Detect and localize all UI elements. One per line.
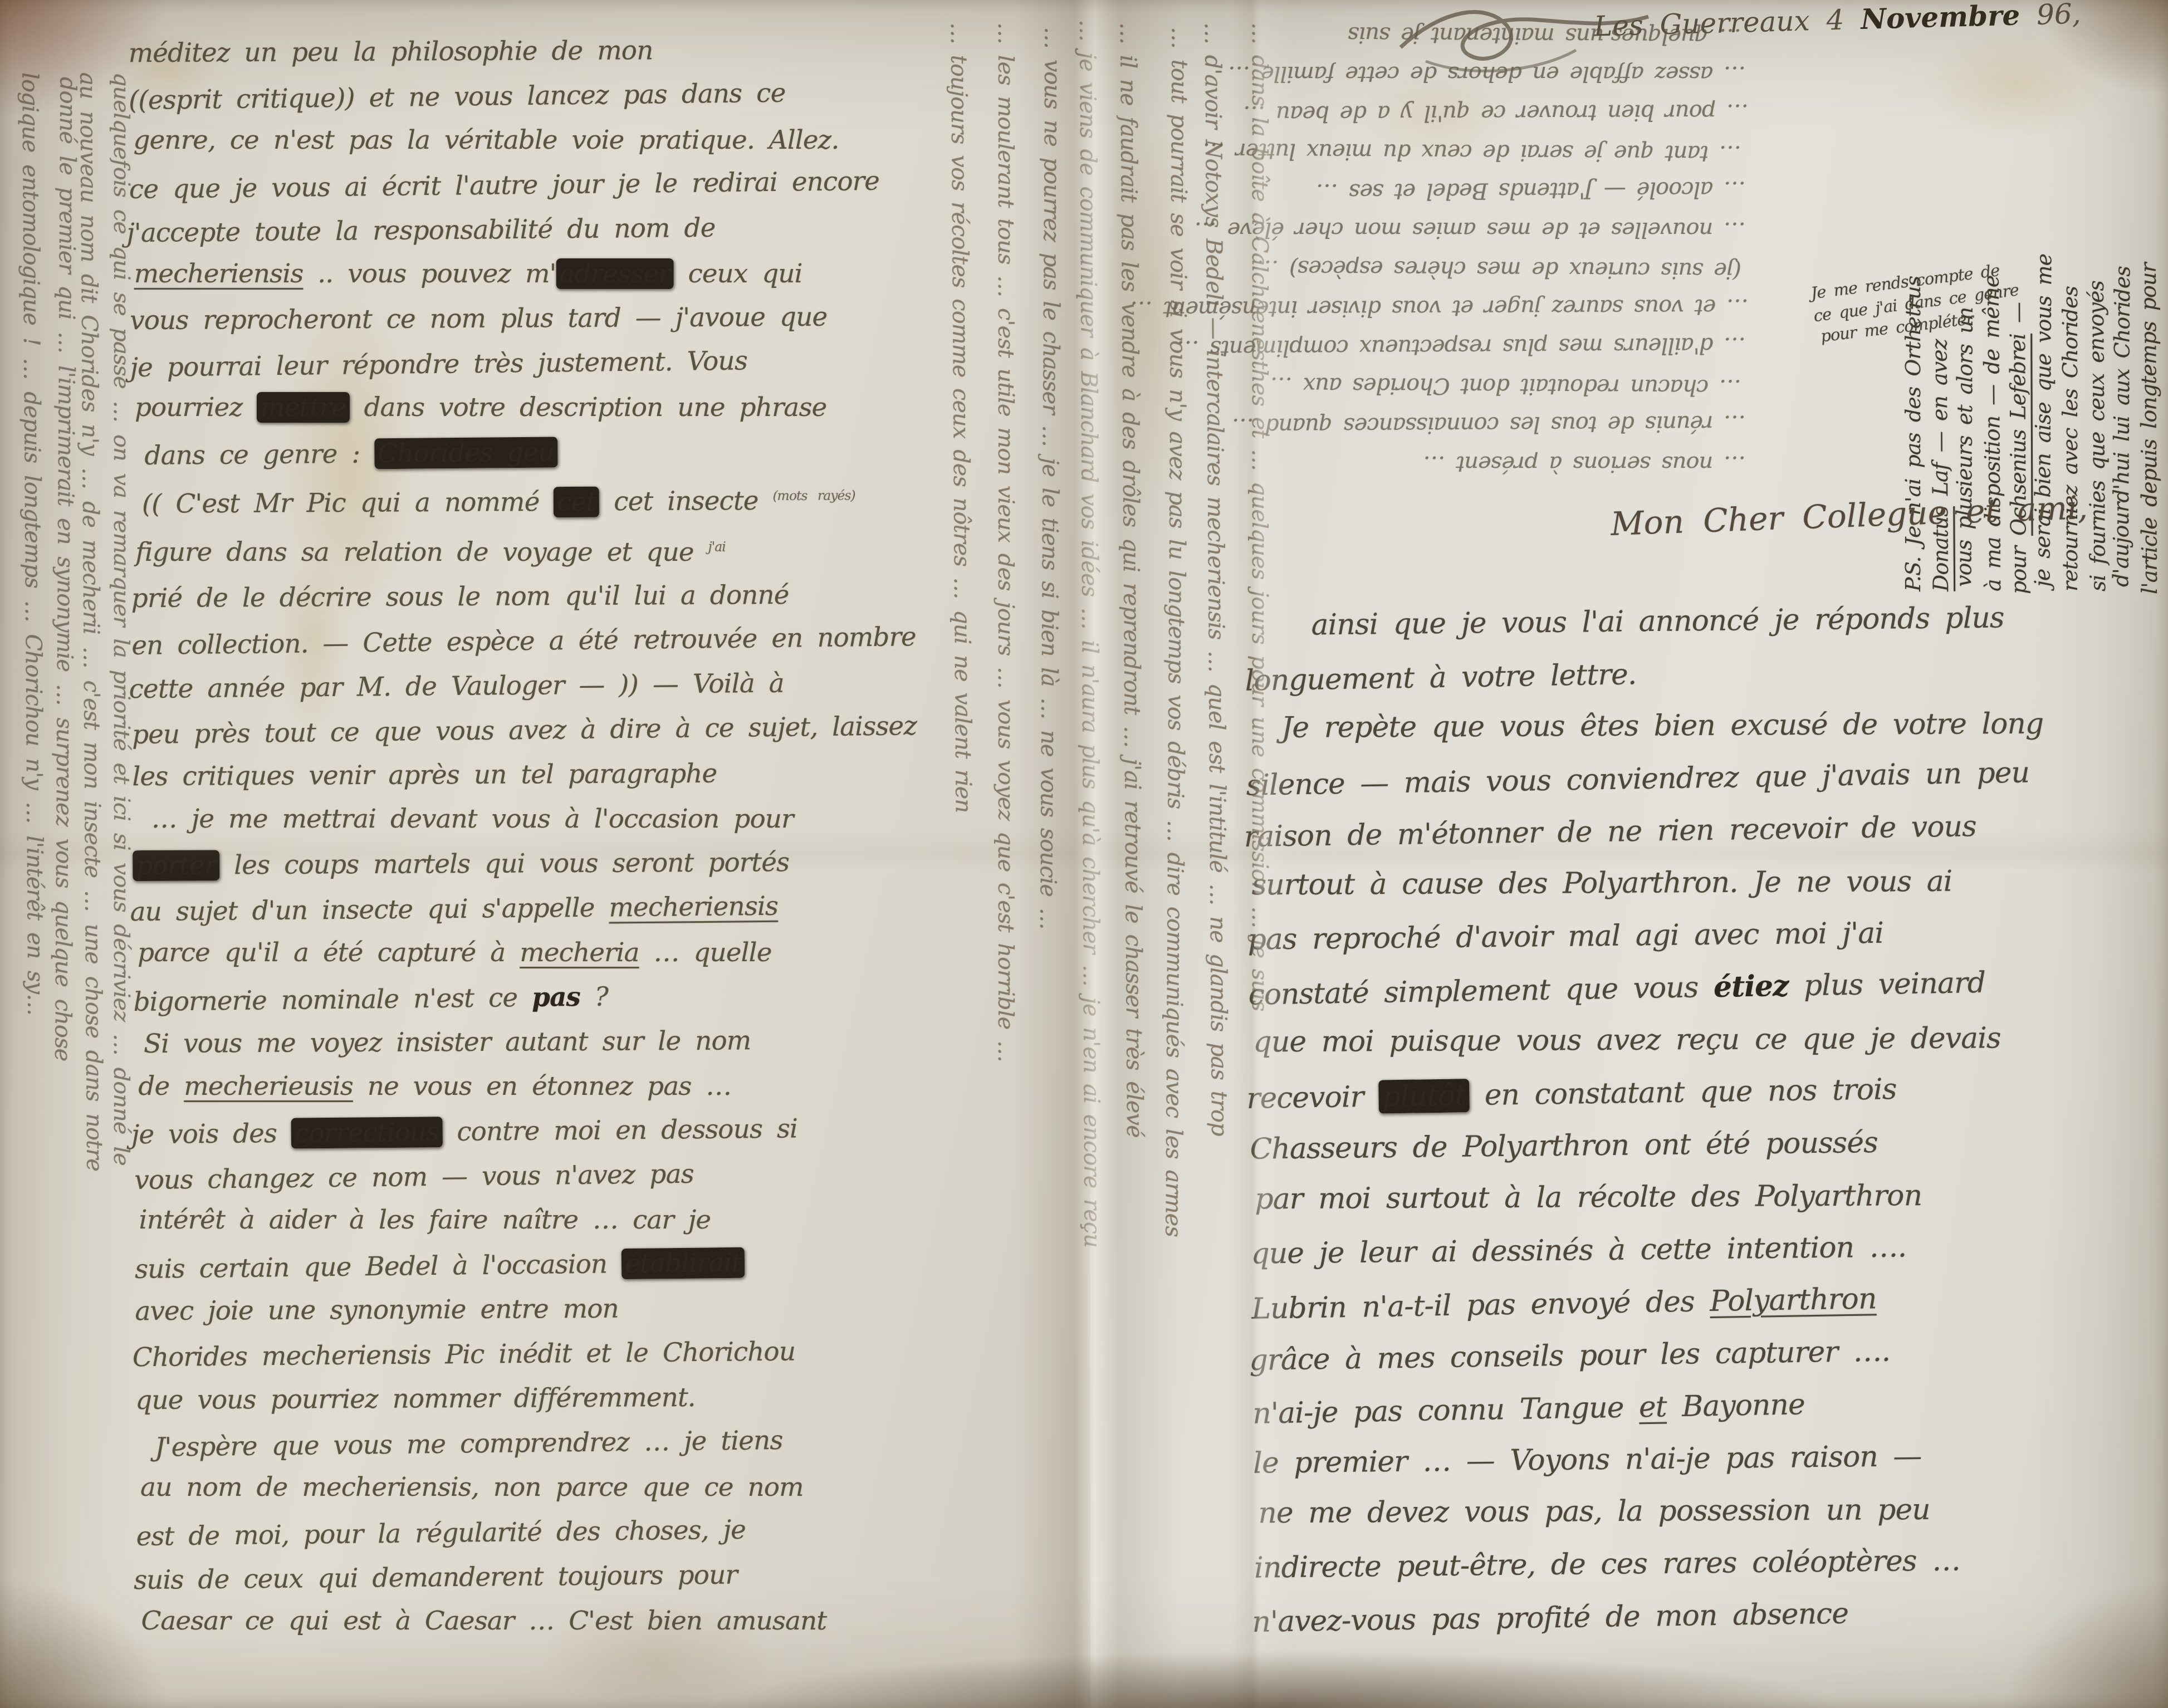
handwriting-line: Si vous me voyez insister autant sur le … (144, 1017, 1025, 1066)
handwriting-line: l'article depuis longtemps pour (2135, 15, 2163, 594)
handwriting-line: Je repète que vous êtes bien excusé de v… (1281, 697, 2168, 754)
handwriting-line: prié de le décrire sous le nom qu'il lui… (131, 572, 1022, 621)
handwriting-line: … chacun redoutait dont Chorides aux … (1151, 365, 1741, 407)
handwriting-line: … et vous saurez juger et vous diviser i… (1158, 287, 1749, 329)
left-page-body: méditez un peu la philosophie de mon((es… (128, 27, 1027, 1646)
handwriting-line: j'accepte toute la responsabilité du nom… (126, 203, 1018, 256)
handwriting-line: avec joie une synonymie entre mon (135, 1285, 1026, 1334)
handwriting-line: vous reprocheront ce nom plus tard — j'a… (130, 294, 1021, 343)
handwriting-line: peu près tout ce que vous avez à dire à … (132, 703, 1024, 757)
handwriting-line: intérêt à aider à les faire naître … car… (139, 1198, 1030, 1242)
handwriting-line: ((esprit critique)) et ne vous lancez pa… (129, 68, 1020, 123)
handwriting-line: pourriez mettre dans votre description u… (135, 385, 1026, 430)
letter-scan: quelquefois ce qui se passe … on va rema… (0, 0, 2168, 1708)
handwriting-line: Caesar ce qui est à Caesar … C'est bien … (141, 1599, 1032, 1643)
handwriting-line: … alcoolé — J'attends Bedel et ses … (1156, 170, 1746, 212)
handwriting-line: mecheriensis .. vous pouvez m'adresser c… (134, 252, 1025, 296)
handwriting-line: … je viens de communiquer à Blanchard vo… (1066, 19, 1114, 1679)
handwriting-line: … vous ne pourrez pas le chasser … je le… (1022, 27, 1074, 1686)
handwriting-line: porter les coups martels qui vous seront… (133, 839, 1024, 888)
handwriting-line: … nouvelles et de mes amies mon cher élè… (1156, 211, 1746, 249)
handwriting-line: J'espère que vous me comprendrez … je ti… (154, 1416, 1027, 1470)
handwriting-line: … nous serions à présent … (1156, 444, 1746, 483)
left-margin-crosswriting: quelquefois ce qui se passe … on va rema… (16, 72, 136, 1671)
handwriting-line: par moi surtout à la récolte des Polyart… (1255, 1168, 2168, 1226)
handwriting-line: … réunis de tous les connaissances quand… (1156, 404, 1746, 446)
handwriting-line: logique entomologique ! … depuis longtem… (15, 72, 54, 1671)
handwriting-line: (je suis curieux de mes chères espèces) … (1151, 248, 1741, 290)
handwriting-line: au sujet d'un insecte qui s'appelle mech… (130, 882, 1021, 935)
handwriting-line: (( C'est Mr Pic qui a nommé cet cet inse… (142, 472, 1022, 527)
handwriting-line: méditez un peu la philosophie de mon (128, 27, 1019, 76)
handwriting-line: … les moulerant tous … c'est utile mon v… (985, 22, 1027, 1682)
handwriting-line: … tant que je serai de ceux du mieux lut… (1151, 131, 1741, 173)
handwriting-line: … d'ailleurs mes plus respectueux compli… (1156, 326, 1746, 368)
handwriting-line: les critiques venir après un tel paragra… (132, 750, 1023, 799)
right-page-body: ainsi que je vous l'ai annoncé je répond… (1244, 590, 2168, 1646)
handwriting-line: figure dans sa relation de voyage et que… (135, 525, 1026, 575)
handwriting-line: que moi puisque vous avez reçu ce que je… (1253, 1011, 2168, 1069)
handwriting-line: au nom de mecheriensis, non parce que ce… (140, 1465, 1031, 1510)
handwriting-line: suis de ceux qui demanderent toujours po… (134, 1550, 1025, 1603)
handwriting-line: bigornerie nominale n'est ce pas ? (133, 970, 1025, 1025)
handwriting-line: parce qu'il a été capturé à mecheria … q… (138, 931, 1029, 975)
handwriting-line: dans ce genre : Chorides geu (144, 426, 1019, 478)
handwriting-line: de mecherieusis ne vous en étonnez pas … (138, 1064, 1029, 1109)
handwriting-line: … pour bien trouver ce qu'il y a de beau… (1158, 92, 1749, 134)
handwriting-line: surtout à cause des Polyarthron. Je ne v… (1251, 854, 2168, 912)
handwriting-line: d'aujourd'hui lui aux Chorides (2108, 8, 2137, 587)
handwriting-line: que vous pourriez nommer différemment. (135, 1374, 1026, 1423)
handwriting-line: Chorides mecheriensis Pic inédit et le C… (133, 1328, 1024, 1381)
handwriting-line: je pourrai leur répondre très justement.… (130, 336, 1021, 390)
handwriting-line: … toujours vos récoltes comme ceux des n… (937, 22, 990, 1682)
handwriting-line: … je me mettrai devant vous à l'occasion… (151, 797, 1028, 841)
handwriting-line: genre, ce n'est pas la véritable voie pr… (133, 118, 1024, 163)
handwriting-line: vous changez ce nom — vous n'avez pas (134, 1148, 1026, 1203)
handwriting-line: ne me devez vous pas, la possession un p… (1258, 1482, 2168, 1540)
handwriting-line: suis certain que Bedel à l'occasion étab… (135, 1237, 1026, 1292)
